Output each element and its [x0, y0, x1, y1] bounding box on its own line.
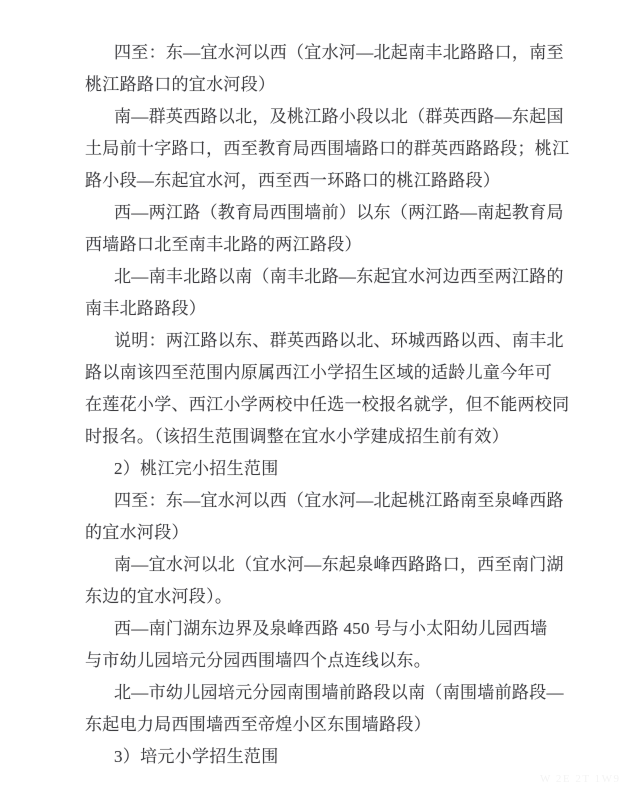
text-line: 在莲花小学、西江小学两校中任选一校报名就学，但不能两校同	[85, 389, 577, 421]
section-heading-taojiang: 2）桃江完小招生范围	[85, 453, 577, 485]
text-line: 西—两江路（教育局西围墙前）以东（两江路—南起教育局	[85, 197, 577, 229]
section-heading-peiyuan: 3）培元小学招生范围	[85, 741, 577, 773]
document-page: 四至：东—宜水河以西（宜水河—北起南丰北路路口，南至 桃江路路口的宜水河段） 南…	[0, 0, 636, 791]
text-line: 说明：两江路以东、群英西路以北、环城西路以西、南丰北	[85, 325, 577, 357]
text-line: 路以南该四至范围内原属西江小学招生区域的适龄儿童今年可	[85, 357, 577, 389]
text-line: 南—宜水河以北（宜水河—东起泉峰西路路口，西至南门湖	[85, 549, 577, 581]
text-line: 四至：东—宜水河以西（宜水河—北起南丰北路路口，南至	[85, 37, 577, 69]
text-line: 桃江路路口的宜水河段）	[85, 69, 577, 101]
text-line: 东边的宜水河段）。	[85, 581, 577, 613]
text-line: 北—南丰北路以南（南丰北路—东起宜水河边西至两江路的	[85, 261, 577, 293]
document-text-block: 四至：东—宜水河以西（宜水河—北起南丰北路路口，南至 桃江路路口的宜水河段） 南…	[85, 37, 577, 773]
text-line: 南丰北路路段）	[85, 293, 577, 325]
text-line: 北—市幼儿园培元分园南围墙前路段以南（南围墙前路段—	[85, 677, 577, 709]
text-line: 南—群英西路以北，及桃江路小段以北（群英西路—东起国	[85, 101, 577, 133]
text-line: 的宜水河段）	[85, 517, 577, 549]
text-line: 西—南门湖东边界及泉峰西路 450 号与小太阳幼儿园西墙	[85, 613, 577, 645]
text-line: 西墙路口北至南丰北路的两江路段）	[85, 229, 577, 261]
text-line: 东起电力局西围墙西至帝煌小区东围墙路段）	[85, 709, 577, 741]
text-line: 路小段—东起宜水河，西至西一环路口的桃江路路段）	[85, 165, 577, 197]
text-line: 土局前十字路口，西至教育局西围墙路口的群英西路路段；桃江	[85, 133, 577, 165]
text-line: 时报名。（该招生范围调整在宜水小学建成招生前有效）	[85, 421, 577, 453]
text-line: 四至：东—宜水河以西（宜水河—北起桃江路南至泉峰西路	[85, 485, 577, 517]
watermark: W 2E 2T 1W9	[540, 772, 621, 786]
text-line: 与市幼儿园培元分园西围墙四个点连线以东。	[85, 645, 577, 677]
